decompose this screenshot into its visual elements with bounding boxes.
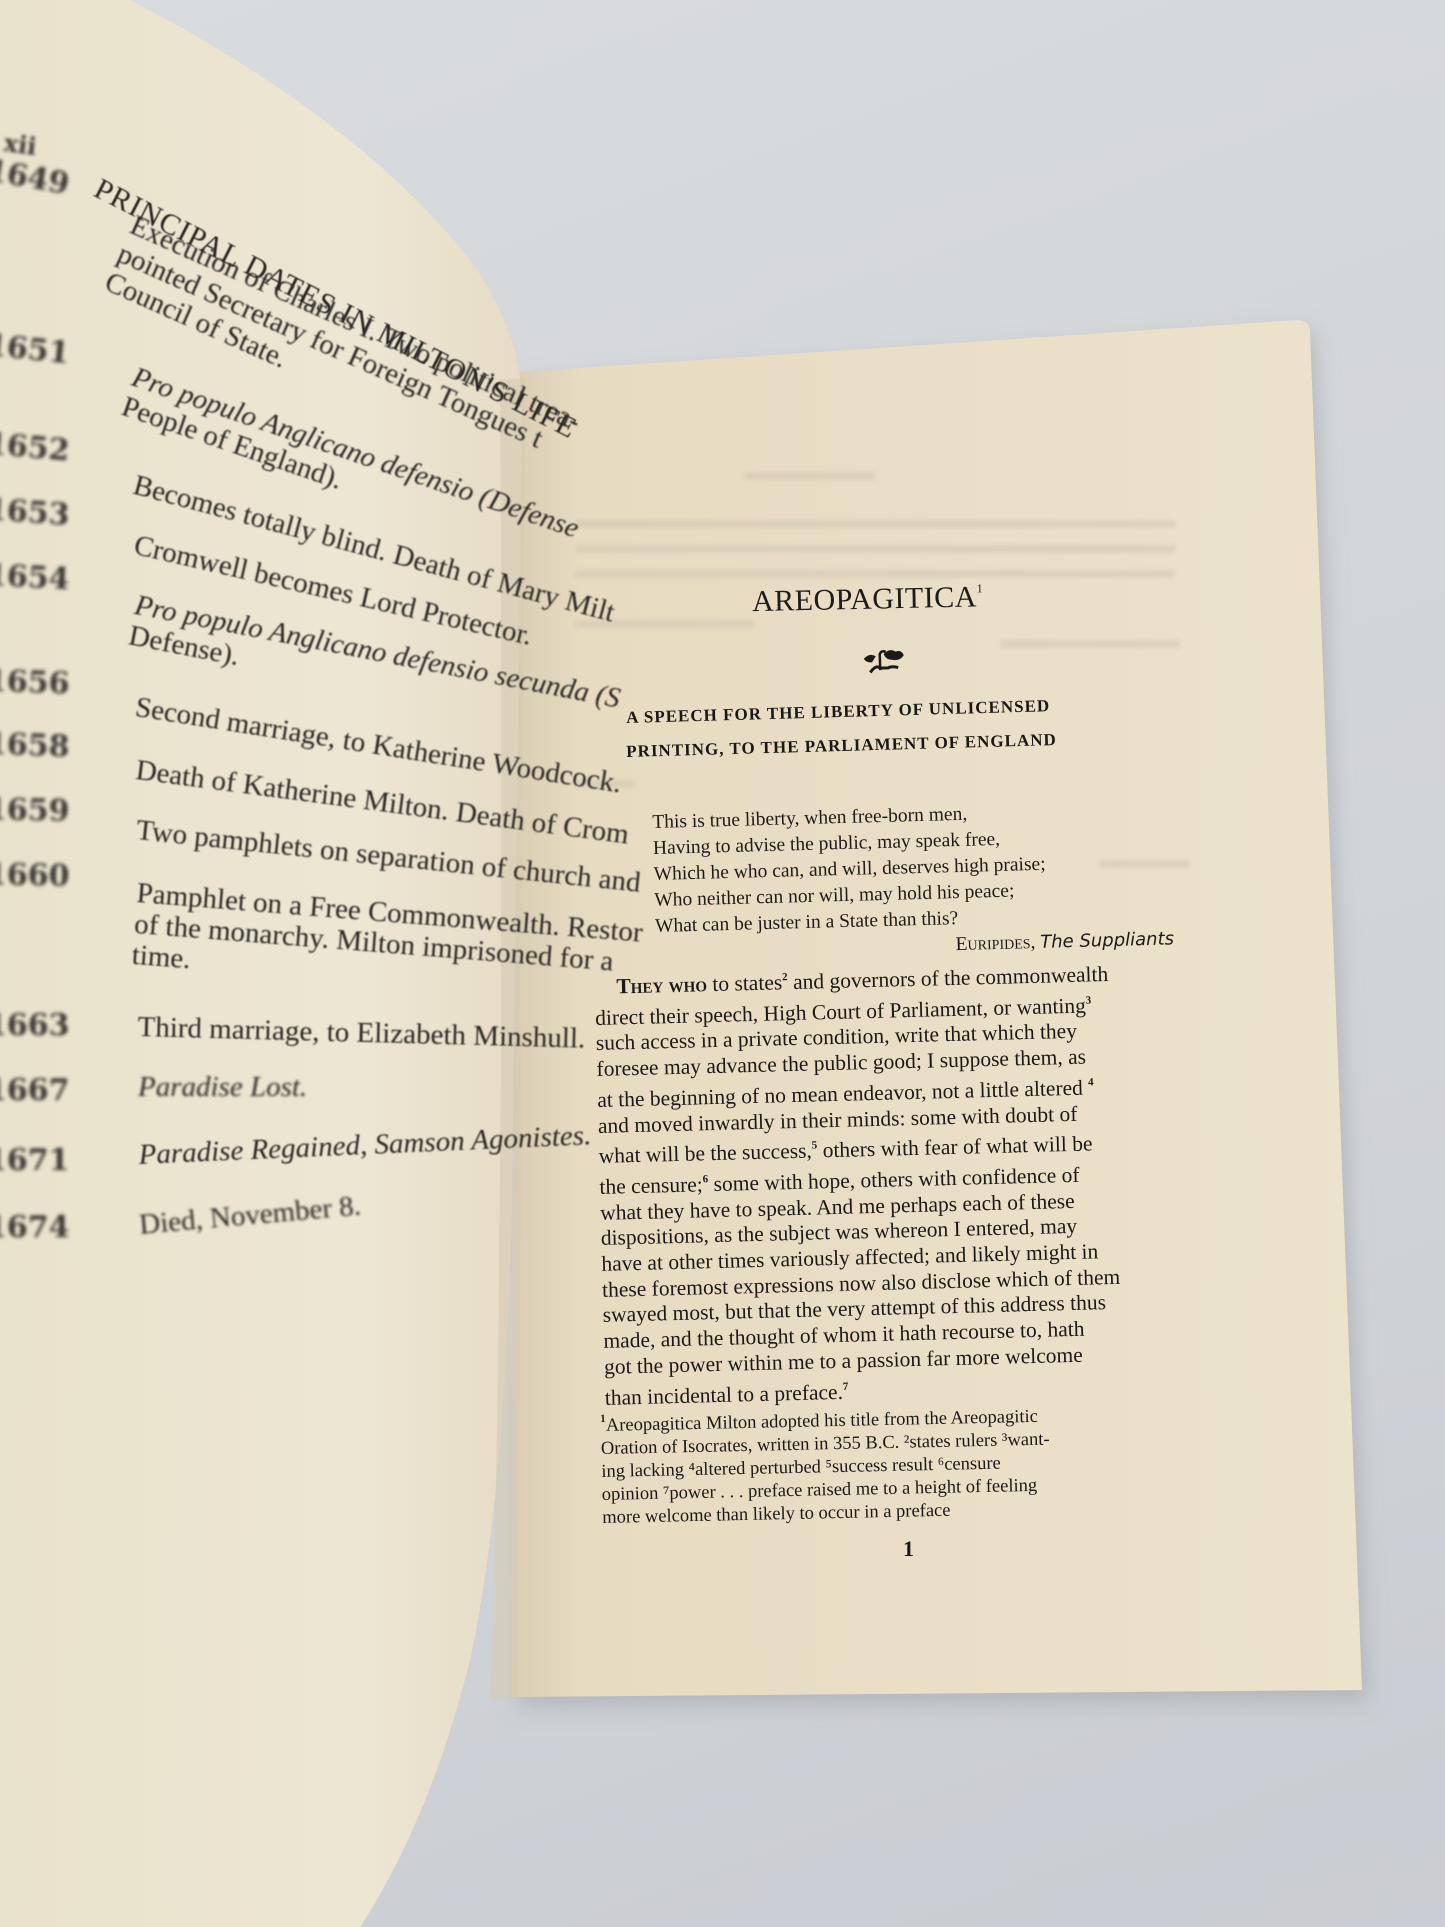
year-label: 1671 [0,1143,70,1178]
year-label: 1654 [0,558,70,597]
date-entry: Paradise Lost. [138,1072,307,1103]
page-title: AREOPAGITICA1 [752,579,1053,619]
page-number: 1 [903,1536,914,1562]
year-label: 1652 [0,426,71,468]
year-label: 1659 [0,792,70,828]
body-paragraph: They who to states2 and governors of the… [594,954,1245,1411]
year-label: 1653 [0,492,71,533]
footnotes: 1Areopagitica Milton adopted his title f… [600,1395,1222,1530]
year-label: 1674 [0,1210,70,1245]
year-label: 1667 [0,1073,70,1108]
year-label: 1656 [0,664,70,702]
year-label: 1660 [0,857,70,893]
epigraph: This is true liberty, when free-born men… [652,795,1215,940]
year-label: 1663 [0,1008,70,1043]
year-label: 1658 [0,727,70,765]
title-footnote-mark: 1 [977,581,984,595]
floral-ornament-icon [861,647,906,679]
